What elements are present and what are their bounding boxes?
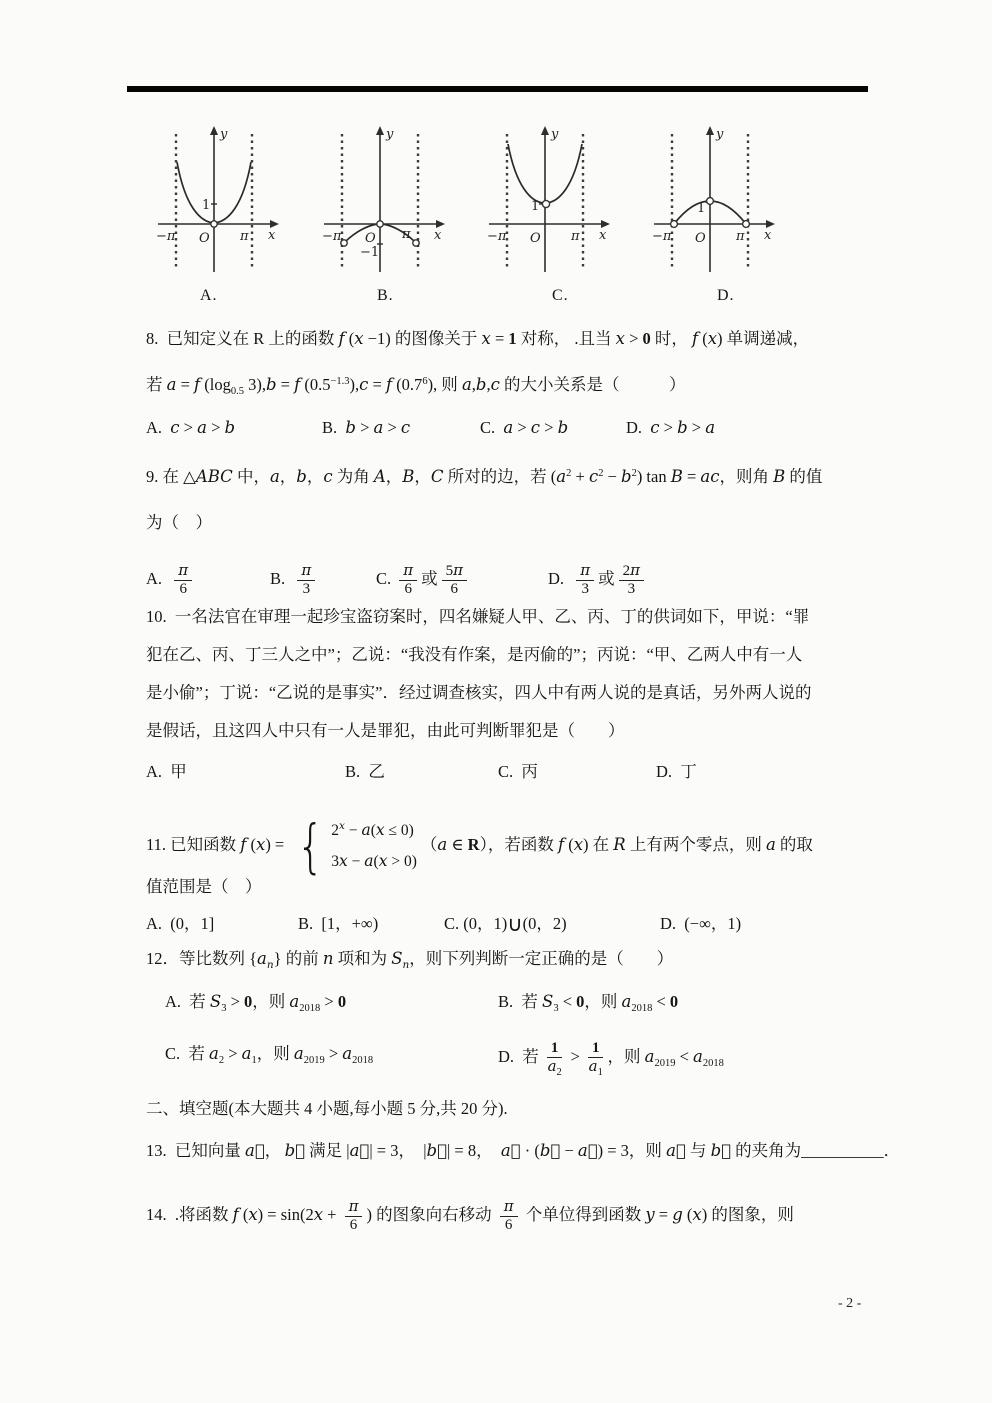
graph-b-right-label: π bbox=[401, 227, 411, 242]
graph-a-y-label: y bbox=[219, 127, 228, 142]
question-8-option-c: C. a > c > b bbox=[480, 418, 568, 438]
question-10-line-1: 10. 一名法官在审理一起珍宝盗窃案时，四名嫌疑人甲、乙、丙、丁的供词如下，甲说… bbox=[146, 606, 809, 628]
question-8-line-2: 若 a = f (log0.5 3),b = f (0.5−1.3),c = f… bbox=[146, 374, 685, 396]
graph-d-x-label: x bbox=[764, 228, 772, 243]
question-11-option-b: B. [1，+∞) bbox=[298, 910, 378, 934]
graph-b-origin-label: O bbox=[365, 231, 376, 246]
question-9-option-c: C. π6或5π6 bbox=[376, 562, 471, 599]
question-9-line-1: 9. 在 △ABC 中，a，b，c 为角 A，B，C 所对的边，若 (a2 + … bbox=[146, 466, 822, 488]
graph-b-y-label: y bbox=[385, 127, 394, 142]
question-12-option-d: D. 若 1a2 > 1a1，则 a2019 < a2018 bbox=[498, 1040, 724, 1077]
question-11-line-2: 值范围是（ ） bbox=[146, 876, 262, 898]
graph-d-value-tick: 1 bbox=[697, 201, 705, 216]
graph-c-left-label: −π bbox=[487, 229, 507, 244]
graph-a-value-tick: 1 bbox=[202, 198, 210, 213]
graph-d-y-label: y bbox=[715, 127, 724, 142]
graph-c-y-label: y bbox=[550, 127, 559, 142]
header-rule bbox=[127, 86, 868, 92]
graph-c-origin-label: O bbox=[530, 231, 541, 246]
question-10-option-b: B. 乙 bbox=[345, 758, 385, 782]
question-10-line-4: 是假话，且这四人中只有一人是罪犯，由此可判断罪犯是（ ） bbox=[146, 720, 625, 742]
question-10-option-d: D. 丁 bbox=[656, 758, 697, 782]
question-8-option-d: D. c > b > a bbox=[626, 418, 715, 438]
graph-caption-a: A. bbox=[200, 287, 218, 305]
graph-b-value-tick: −1 bbox=[360, 245, 379, 260]
graph-c-value-tick: 1 bbox=[531, 199, 539, 214]
question-10-line-2: 犯在乙、丙、丁三人之中”；乙说：“我没有作案，是丙偷的”；丙说：“甲、乙两人中有… bbox=[146, 644, 802, 666]
graph-d-left-label: −π bbox=[652, 229, 672, 244]
question-8-option-a: A. c > a > b bbox=[146, 418, 235, 438]
question-9-line-2: 为（ ） bbox=[146, 512, 212, 534]
question-9-option-a: A. π6 bbox=[146, 562, 196, 599]
page-number: - 2 - bbox=[838, 1296, 861, 1312]
graph-caption-d: D. bbox=[717, 287, 735, 305]
graph-option-d: 1 y x O −π π bbox=[648, 112, 788, 282]
question-12-line-1: 12．等比数列 {an} 的前 n 项和为 Sn，则下列判断一定正确的是（ ） bbox=[146, 948, 673, 970]
question-9-option-b: B. π3 bbox=[270, 562, 319, 599]
question-12-option-b: B. 若 S3 < 0，则 a2018 < 0 bbox=[498, 988, 678, 1012]
question-13-line-1: 13. 已知向量 a⃗， b⃗ 满足 |a⃗| = 3， |b⃗| = 8， a… bbox=[146, 1140, 900, 1162]
graph-caption-b: B. bbox=[377, 287, 394, 305]
question-11-option-a: A. (0，1] bbox=[146, 910, 214, 934]
question-10-option-a: A. 甲 bbox=[146, 758, 187, 782]
question-11-option-d: D. (−∞，1) bbox=[660, 910, 741, 934]
graph-d-origin-label: O bbox=[695, 231, 706, 246]
exam-page: { "accent_colors": {"ink": "#151515", "r… bbox=[0, 0, 992, 1403]
question-11-line-1: 11. 已知函数 f (x) = {2x − a(x ≤ 0)3x − a(x … bbox=[146, 820, 813, 873]
question-11-option-c: C. (0，1)∪(0，2) bbox=[444, 910, 567, 936]
graph-a-right-label: π bbox=[239, 229, 249, 244]
graph-c-x-label: x bbox=[599, 228, 607, 243]
question-10-option-c: C. 丙 bbox=[498, 758, 538, 782]
graph-caption-c: C. bbox=[552, 287, 569, 305]
question-10-line-3: 是小偷”；丁说：“乙说的是事实”．经过调查核实，四人中有两人说的是真话，另外两人… bbox=[146, 682, 811, 704]
graph-option-c: 1 y x O −π π bbox=[483, 112, 623, 282]
section-2-header: 二、填空题(本大题共 4 小题,每小题 5 分,共 20 分). bbox=[146, 1098, 508, 1120]
question-9-option-d: D. π3或2π3 bbox=[548, 562, 648, 599]
graph-a-origin-label: O bbox=[199, 231, 210, 246]
graph-b-x-label: x bbox=[434, 228, 442, 243]
question-12-option-a: A. 若 S3 > 0，则 a2018 > 0 bbox=[165, 988, 346, 1012]
question-14-line-1: 14. .将函数 f (x) = sin(2x + π6) 的图象向右移动 π6… bbox=[146, 1198, 794, 1235]
graph-c-right-label: π bbox=[570, 229, 580, 244]
graph-option-a: 1 y x O −π π bbox=[152, 112, 292, 282]
graph-d-right-label: π bbox=[735, 229, 745, 244]
question-12-option-c: C. 若 a2 > a1，则 a2019 > a2018 bbox=[165, 1040, 373, 1064]
graph-b-left-label: −π bbox=[322, 229, 342, 244]
graph-a-left-label: −π bbox=[156, 229, 176, 244]
graph-option-b: −1 y x O −π π bbox=[318, 112, 458, 282]
question-8-option-b: B. b > a > c bbox=[322, 418, 410, 438]
question-8-line-1: 8. 已知定义在 R 上的函数 f (x −1) 的图像关于 x = 1 对称，… bbox=[146, 328, 809, 350]
graph-a-x-label: x bbox=[268, 228, 276, 243]
